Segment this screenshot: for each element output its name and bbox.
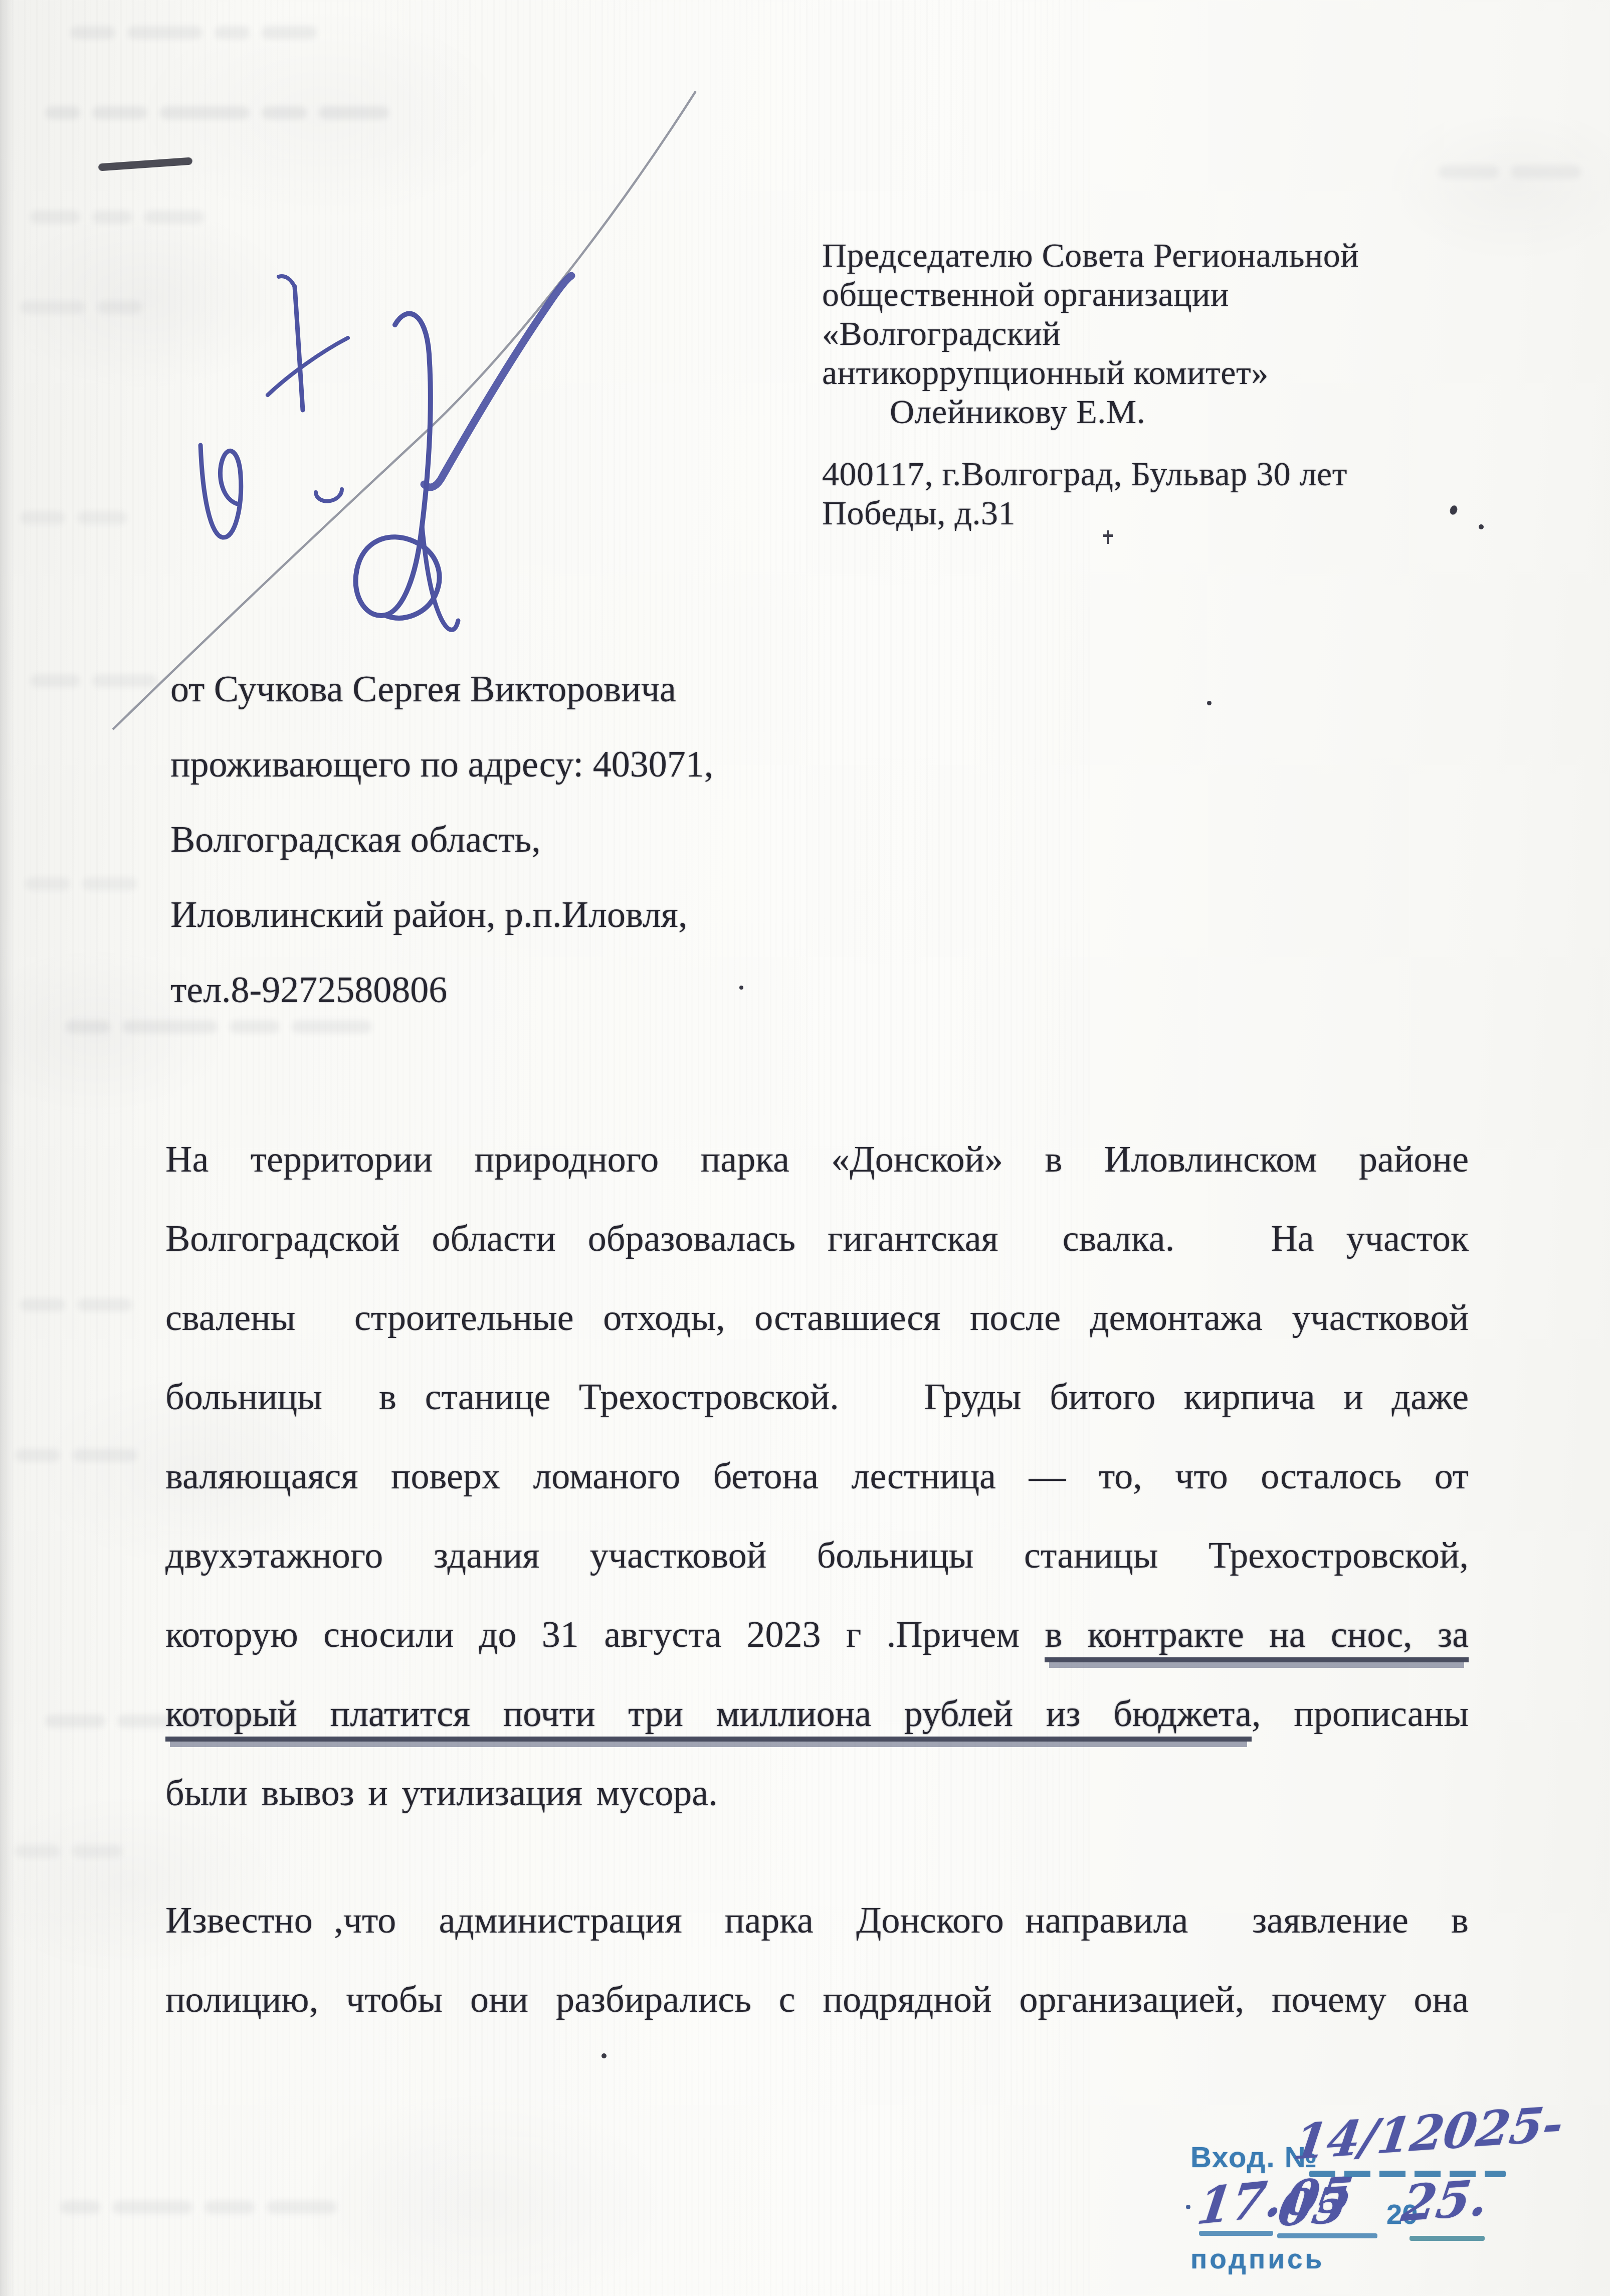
recipient-line: «Волгоградский [822,314,1534,353]
recipient-line: Председателю Совета Региональной [822,236,1534,275]
stamp-dot [1186,2205,1190,2209]
body-line: валяющаяся поверх ломаного бетона лестни… [165,1437,1469,1516]
stamp-month-underline [1277,2233,1377,2238]
ink-speck [601,2053,607,2058]
sender-line: Волгоградская область, [170,802,1023,877]
recipient-name: Олейникову Е.М. [822,392,1534,431]
sender-line: от Сучкова Сергея Викторовича [170,652,1023,727]
body-line: полицию, чтобы они разбирались с подрядн… [165,1960,1469,2039]
underlined-phrase: который платится почти три миллиона рубл… [165,1693,1252,1742]
stamp-year-underline [1410,2236,1485,2241]
recipient-address-line: 400117, г.Волгоград, Бульвар 30 лет [822,454,1534,493]
body-line: двухэтажного здания участковой больницы … [165,1516,1469,1595]
ink-speck [739,986,743,990]
stamp-year-handwritten: 25. [1398,2169,1492,2233]
crease-line [113,91,696,729]
ink-speck [1107,530,1109,544]
stamp-signature-label: подпись [1190,2243,1324,2275]
body-line: свалены строительные отходы, оставшиеся … [165,1278,1469,1358]
sender-line: проживающего по адресу: 403071, [170,727,1023,802]
recipient-block: Председателю Совета Региональной обществ… [822,236,1534,532]
recipient-line: антикоррупционный комитет» [822,353,1534,392]
stamp-date-day-handwritten: 17. [1194,2169,1287,2236]
stamp-day-underline [1199,2231,1273,2236]
underlined-phrase: в контракте на снос, за [1045,1614,1469,1662]
stamp-date-month-handwritten: 05 [1274,2176,1352,2238]
letter-body: На территории природного парка «Донской»… [165,1120,1469,2039]
body-line: Известно ,что администрация парка Донско… [165,1881,1469,1960]
paragraph-1: На территории природного парка «Донской»… [165,1120,1469,1833]
ink-speck [1479,524,1484,529]
sender-phone: тел.8-9272580806 [170,952,1023,1028]
body-line: На территории природного парка «Донской»… [165,1120,1469,1199]
ink-speck [1207,701,1212,705]
sender-line: Иловлинский район, р.п.Иловля, [170,877,1023,952]
recipient-line: общественной организации [822,275,1534,314]
scanned-letter-page: Председателю Совета Региональной обществ… [0,0,1610,2296]
body-line: были вывоз и утилизация мусора. [165,1754,1469,1833]
body-line: которую сносили до 31 августа 2023 г .Пр… [165,1595,1469,1674]
body-line: Волгоградской области образовалась гиган… [165,1199,1469,1278]
body-line: который платится почти три миллиона рубл… [165,1674,1469,1754]
sender-block: от Сучкова Сергея Викторовича проживающе… [170,652,1023,1028]
body-line: больницы в станице Трехостровской. Груды… [165,1358,1469,1437]
recipient-address-line: Победы, д.31 [822,493,1534,532]
paragraph-2: Известно ,что администрация парка Донско… [165,1881,1469,2039]
